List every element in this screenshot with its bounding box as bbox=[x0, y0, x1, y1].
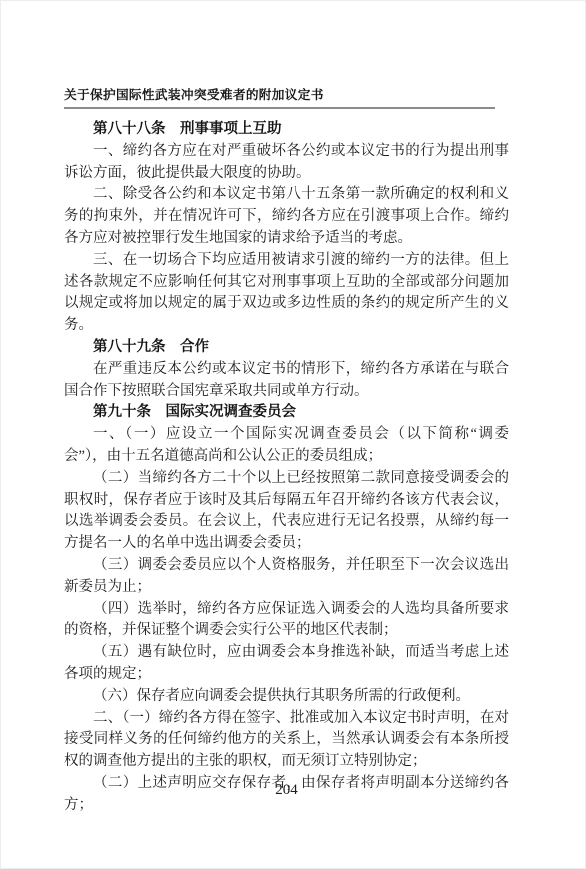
running-head: 关于保护国际性武装冲突受难者的附加议定书 bbox=[64, 84, 509, 103]
paragraph: 一、缔约各方应在对严重破坏各公约或本议定书的行为提出刑事诉讼方面，彼此提供最大限… bbox=[64, 141, 509, 185]
paragraph: 二、除受各公约和本议定书第八十五条第一款所确定的权利和义务的拘束外，并在情况许可… bbox=[64, 184, 509, 249]
paragraph: （三）调委会委员应以个人资格服务，并任职至下一次会议选出新委员为止； bbox=[64, 555, 509, 599]
paragraph: 二、（一）缔约各方得在签字、批准或加入本议定书时声明，在对接受同样义务的任何缔约… bbox=[64, 708, 509, 773]
paragraph: 三、在一切场合下均应适用被请求引渡的缔约一方的法律。但上述各款规定不应影响任何其… bbox=[64, 250, 509, 337]
document-page: 关于保护国际性武装冲突受难者的附加议定书 第八十八条 刑事事项上互助 一、缔约各… bbox=[0, 0, 586, 869]
paragraph: （五）遇有缺位时，应由调委会本身推选补缺，而适当考虑上述各项的规定； bbox=[64, 642, 509, 686]
article-heading-88: 第八十八条 刑事事项上互助 bbox=[64, 119, 509, 141]
article-heading-90: 第九十条 国际实况调查委员会 bbox=[64, 402, 509, 424]
header-rule bbox=[64, 107, 495, 109]
paragraph: （二）当缔约各方二十个以上已经按照第二款同意接受调委会的职权时，保存者应于该时及… bbox=[64, 468, 509, 555]
paragraph: 一、（一）应设立一个国际实况调查委员会（以下简称“调委会”），由十五名道德高尚和… bbox=[64, 424, 509, 468]
paragraph: 在严重违反本公约或本议定书的情形下，缔约各方承诺在与联合国合作下按照联合国宪章采… bbox=[64, 359, 509, 403]
paragraph: （六）保存者应向调委会提供执行其职务所需的行政便利。 bbox=[64, 686, 509, 708]
document-body: 第八十八条 刑事事项上互助 一、缔约各方应在对严重破坏各公约或本议定书的行为提出… bbox=[64, 119, 509, 817]
page-number: 204 bbox=[64, 782, 509, 799]
paragraph: （四）选举时，缔约各方应保证选入调委会的人选均具备所要求的资格，并保证整个调委会… bbox=[64, 599, 509, 643]
article-heading-89: 第八十九条 合作 bbox=[64, 337, 509, 359]
